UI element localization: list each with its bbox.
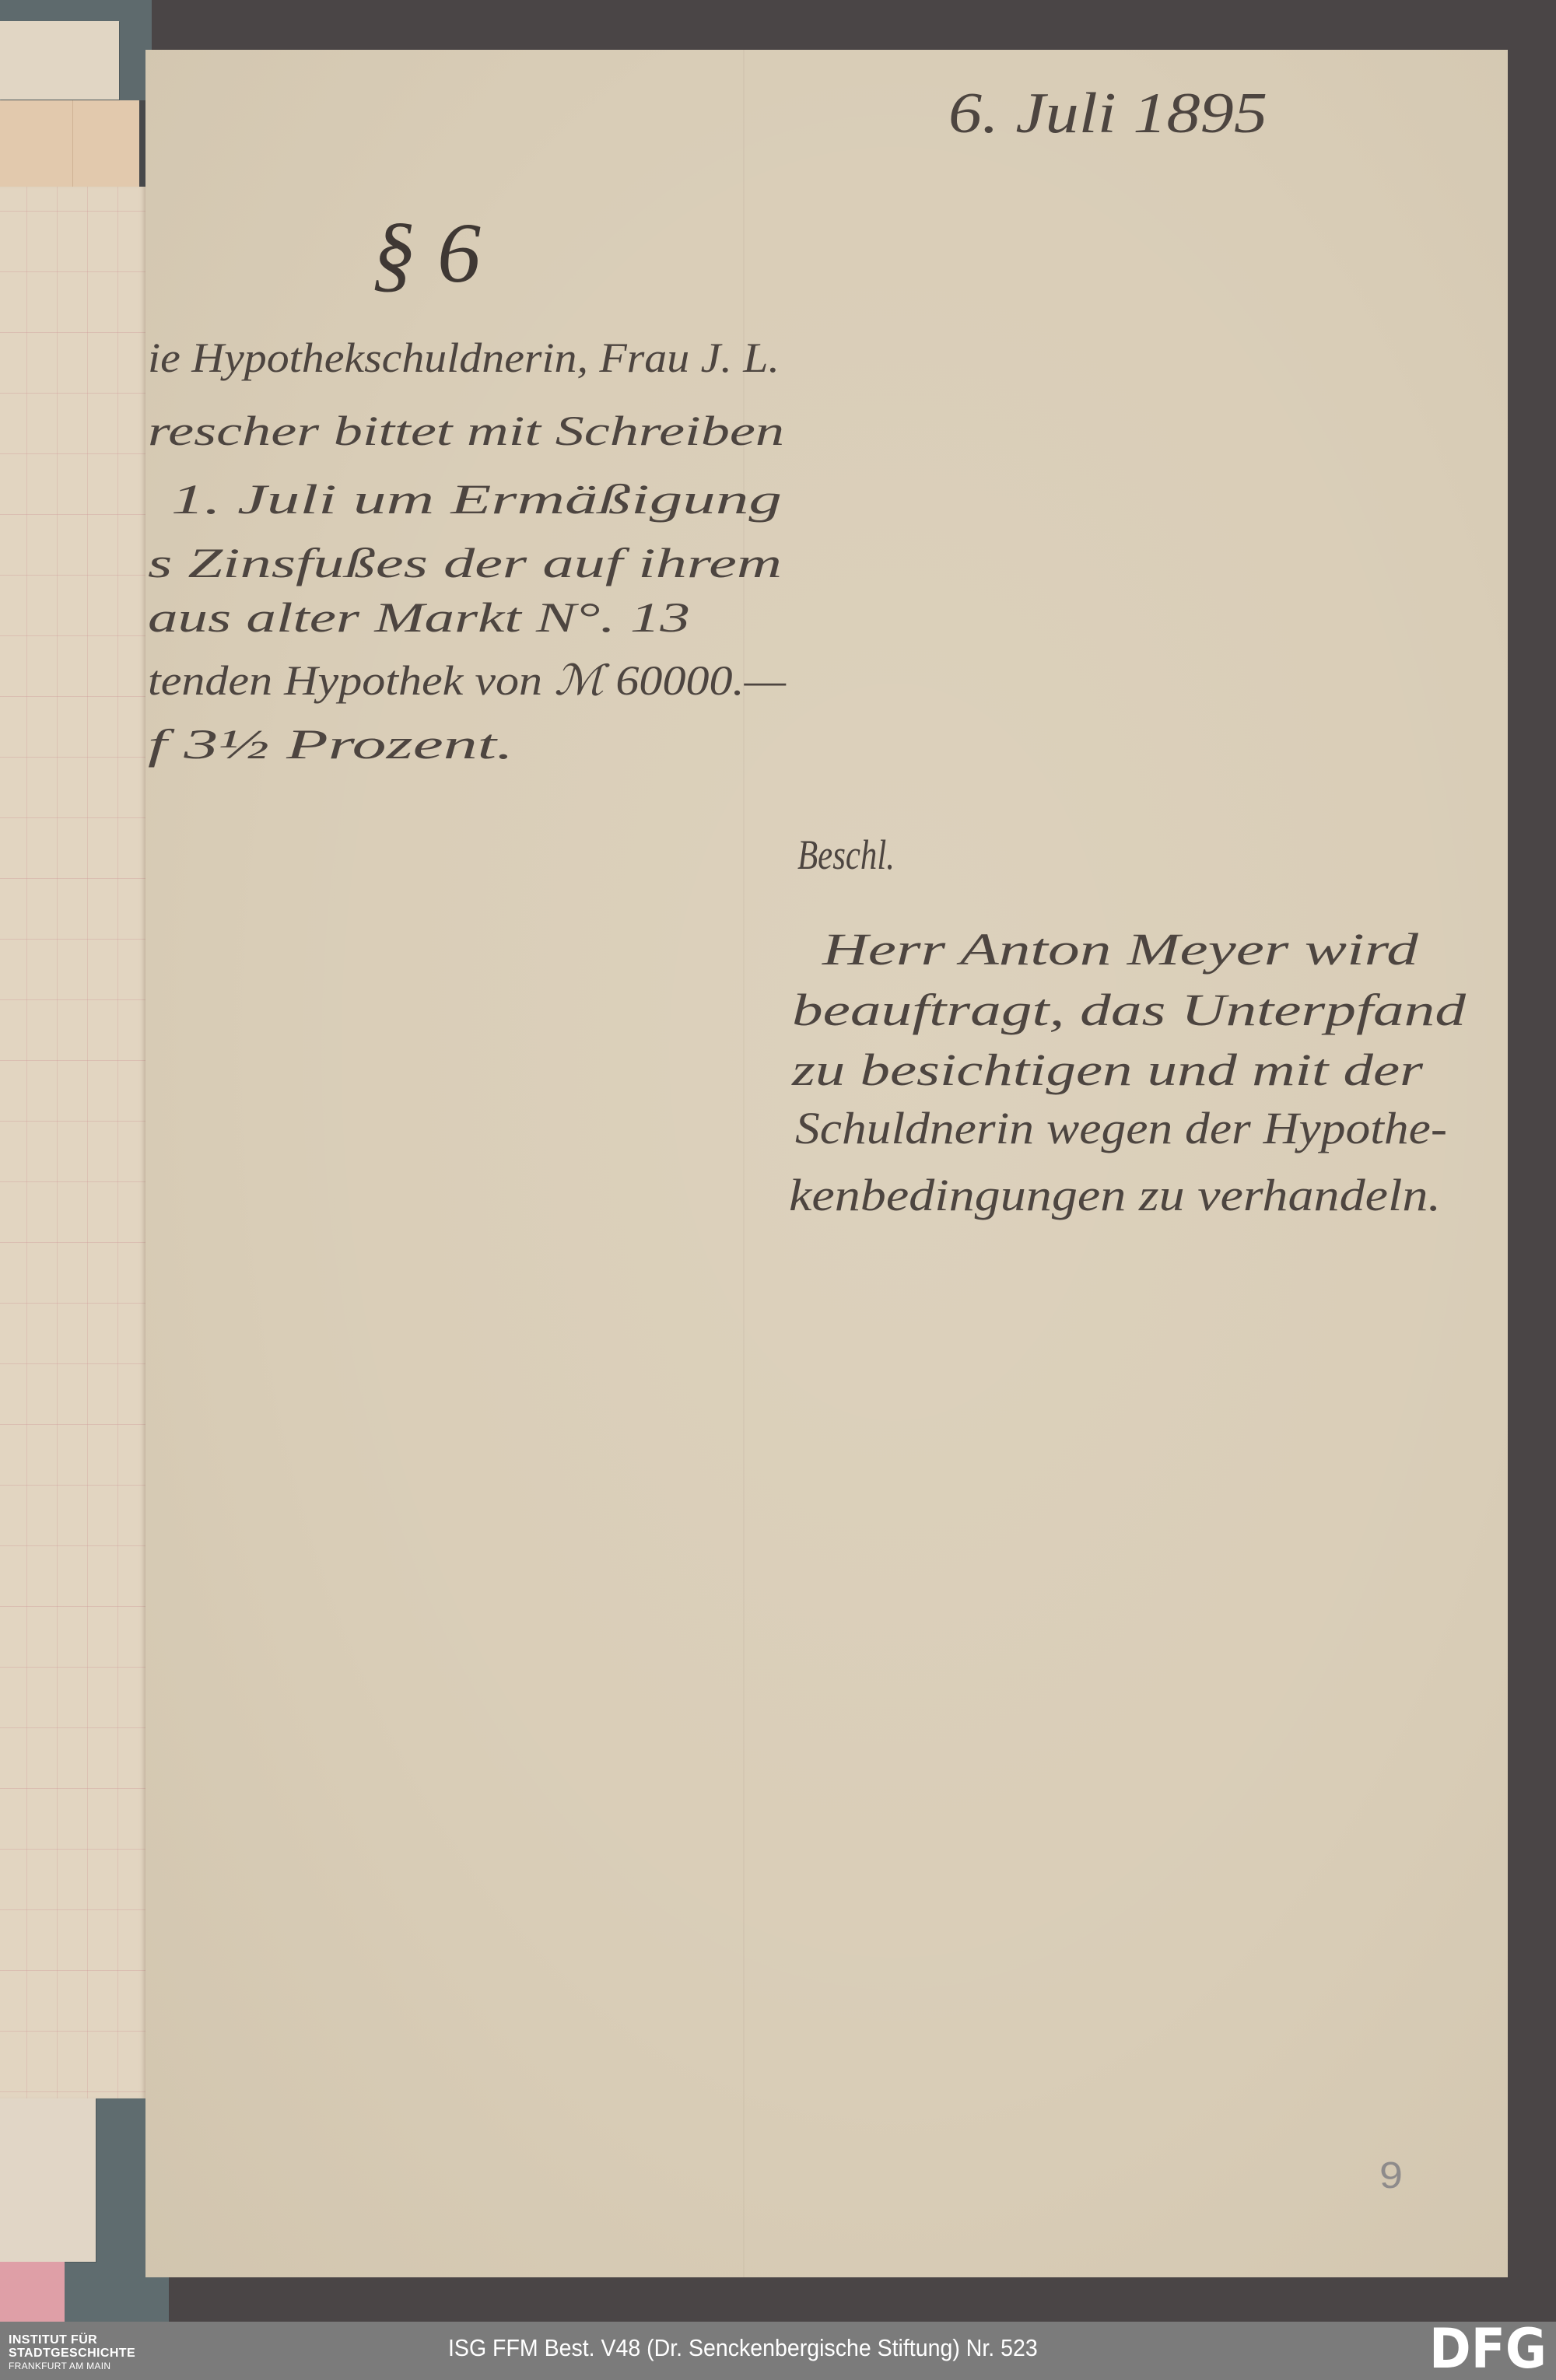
underlying-grid-sheet	[0, 187, 145, 2098]
dfg-logo-text: DFG	[1429, 2326, 1547, 2372]
pink-tab	[0, 2262, 65, 2322]
institution-logo-line-1: INSTITUT FÜR	[9, 2333, 97, 2347]
institution-logo-line-2: STADTGESCHICHTE	[9, 2347, 135, 2361]
institution-logo-line-3: FRANKFURT AM MAIN	[9, 2361, 110, 2371]
underlying-sheet-bottom	[0, 2098, 96, 2262]
manuscript-page	[145, 50, 1508, 2277]
page-fold-line	[743, 50, 745, 2277]
document-viewer: 6. Juli 1895 § 6 ie Hypothekschuldnerin,…	[0, 0, 1556, 2380]
binding-gap	[139, 100, 145, 187]
dfg-logo: DFG	[1424, 2326, 1552, 2372]
underlying-sheet-peach	[0, 100, 139, 187]
archive-signature-caption: ISG FFM Best. V48 (Dr. Senckenbergische …	[448, 2334, 1038, 2362]
underlying-sheet-top	[0, 21, 119, 100]
footer-bar: INSTITUT FÜR STADTGESCHICHTE FRANKFURT A…	[0, 2322, 1556, 2380]
